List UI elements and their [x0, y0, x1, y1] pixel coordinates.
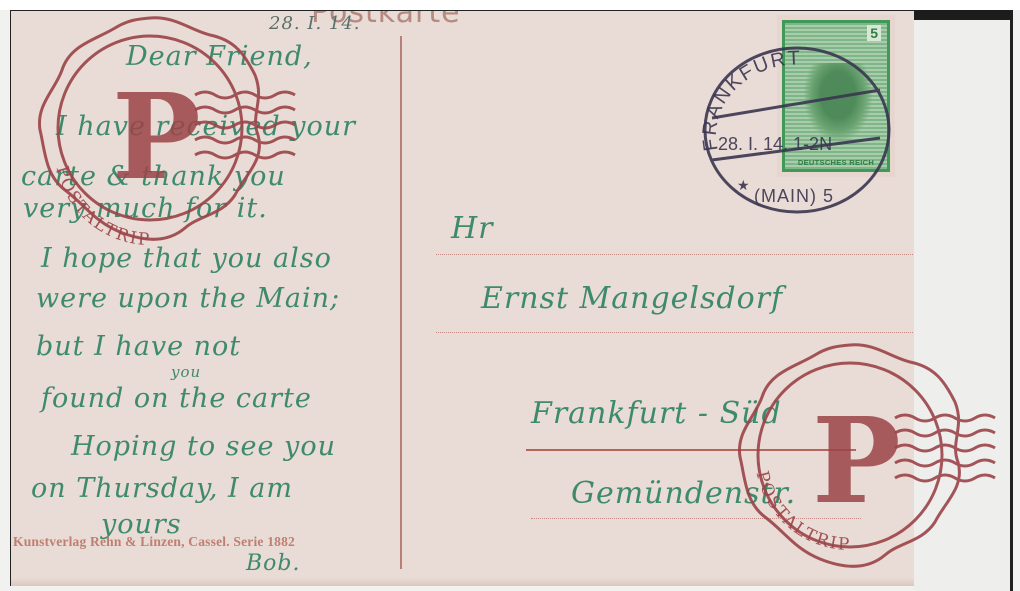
stamp-overlay-layer: FRANKFURT 28. I. 14. 1-2N ★ (MAIN) 5 P P… — [0, 0, 1020, 591]
watermark-letter: P — [812, 391, 901, 530]
postmark-star: ★ — [737, 177, 750, 193]
postmark-district: (MAIN) 5 — [754, 186, 834, 206]
postmark-date: 28. I. 14. 1-2N — [718, 134, 832, 154]
watermark-letter: P — [112, 67, 201, 206]
